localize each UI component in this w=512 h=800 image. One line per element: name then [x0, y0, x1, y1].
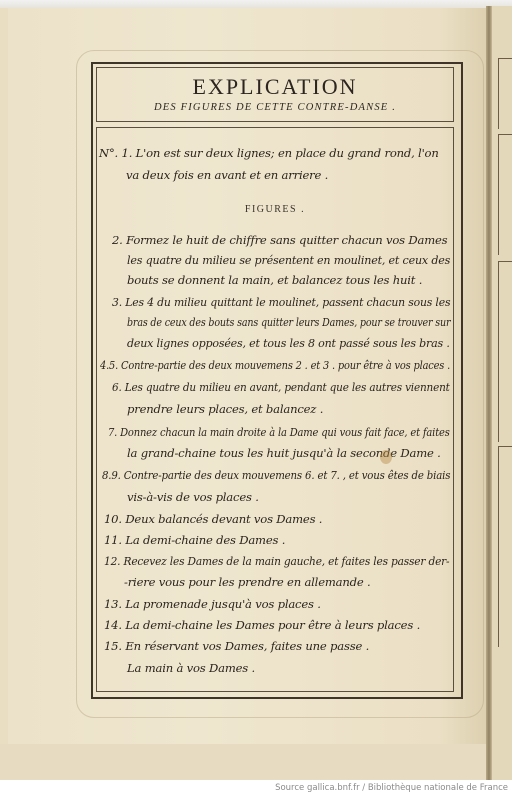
figure-line: 3. Les 4 du milieu quittant le moulinet,…: [112, 295, 450, 309]
figure-line: 2. Formez le huit de chiffre sans quitte…: [112, 233, 447, 247]
page-title: EXPLICATION: [96, 74, 454, 100]
figure-line: la grand-chaine tous les huit jusqu'à la…: [127, 446, 441, 460]
adjacent-frame-fragment: [498, 446, 512, 647]
figure-line: 15. En réservant vos Dames, faites une p…: [104, 639, 369, 653]
adjacent-frame-fragment: [498, 134, 512, 255]
figure-line: les quatre du milieu se présentent en mo…: [127, 253, 450, 267]
adjacent-page-edge: [492, 6, 512, 780]
paper-stain: [380, 450, 392, 464]
figure-line: 4.5. Contre-partie des deux mouvemens 2 …: [100, 358, 450, 372]
figure-line: 10. Deux balancés devant vos Dames .: [104, 512, 322, 526]
figure-line: 8.9. Contre-partie des deux mouvemens 6.…: [102, 468, 450, 482]
figure-line: 11. La demi-chaine des Dames .: [104, 533, 285, 547]
figure-line: 6. Les quatre du milieu en avant, pendan…: [112, 380, 450, 394]
figure-line: 14. La demi-chaine les Dames pour être à…: [104, 618, 420, 632]
source-attribution: Source gallica.bnf.fr / Bibliothèque nat…: [275, 783, 508, 793]
figure-line: -riere vous pour les prendre en allemand…: [124, 575, 370, 589]
figure-line: 7. Donnez chacun la main droite à la Dam…: [108, 425, 450, 439]
adjacent-frame-fragment: [498, 58, 512, 129]
viewer-top-edge: [0, 0, 512, 8]
figure-line: bouts se donnent la main, et balancez to…: [127, 273, 422, 287]
figure-line: prendre leurs places, et balancez .: [127, 402, 323, 416]
adjacent-frame-fragment: [498, 261, 512, 442]
figure-line: 13. La promenade jusqu'à vos places .: [104, 597, 321, 611]
figure-line: deux lignes opposées, et tous les 8 ont …: [127, 336, 450, 350]
page-subtitle: DES FIGURES DE CETTE CONTRE-DANSE .: [96, 102, 454, 113]
figure-line: 12. Recevez les Dames de la main gauche,…: [104, 554, 449, 568]
figure-line: bras de ceux des bouts sans quitter leur…: [127, 315, 450, 329]
intro-line: va deux fois en avant et en arriere .: [126, 168, 328, 182]
figure-line: La main à vos Dames .: [127, 661, 255, 675]
figure-line: vis-à-vis de vos places .: [127, 490, 259, 504]
intro-line: N°. 1. L'on est sur deux lignes; en plac…: [99, 146, 439, 160]
page-bottom-margin: [0, 744, 486, 780]
figures-heading: FIGURES .: [96, 204, 454, 215]
